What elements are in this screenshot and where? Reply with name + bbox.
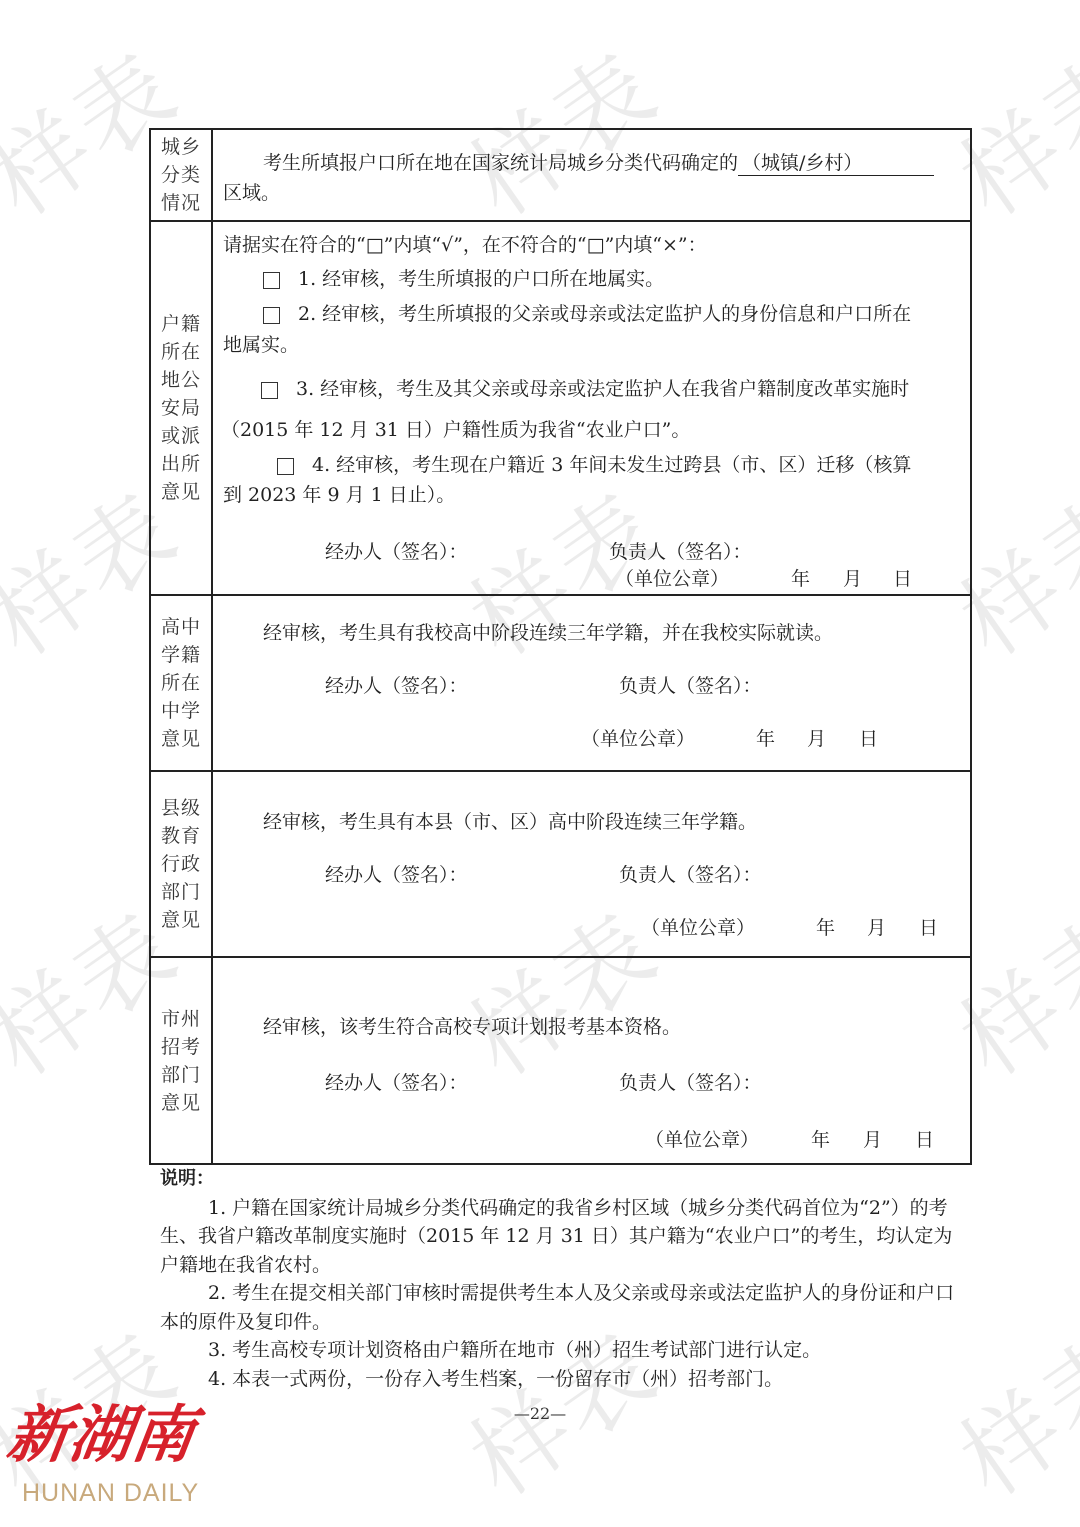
police-date-month[interactable]: 月 (843, 564, 862, 591)
urban-rural-row: 城乡 分类 情况 考生所填报户口所在地在国家统计局城乡分类代码确定的（城镇/乡村… (150, 129, 971, 221)
checkbox-item-4[interactable] (277, 458, 294, 475)
notes-section: 说明： 1. 户籍在国家统计局城乡分类代码确定的我省乡村区域（城乡分类代码首位为… (160, 1165, 970, 1393)
city-exam-date-year[interactable]: 年 (811, 1125, 830, 1152)
urban-rural-content: 考生所填报户口所在地在国家统计局城乡分类代码确定的（城镇/乡村） 区域。 (212, 129, 971, 221)
police-label: 户籍 所在 地公 安局 或派 出所 意见 (150, 221, 212, 595)
checkbox-item-3[interactable] (261, 382, 278, 399)
county-edu-seal: （单位公章） (641, 913, 755, 940)
logo-english: HUNAN DAILY (0, 1475, 230, 1511)
urban-rural-suffix: 区域。 (223, 178, 280, 205)
county-edu-row: 县级 教育 行政 部门 意见 经审核，考生具有本县（市、区）高中阶段连续三年学籍… (150, 771, 971, 957)
urban-rural-label: 城乡 分类 情况 (150, 129, 212, 221)
police-item-1: 1. 经审核，考生所填报的户口所在地属实。 (263, 264, 664, 291)
notes-title: 说明： (160, 1165, 970, 1194)
police-item-2: 2. 经审核，考生所填报的父亲或母亲或法定监护人的身份信息和户口所在 (263, 299, 911, 326)
police-item-4: 4. 经审核，考生现在户籍近 3 年间未发生过跨县（市、区）迁移（核算 (277, 450, 911, 477)
high-school-date-month[interactable]: 月 (807, 724, 826, 751)
note-item-1: 1. 户籍在国家统计局城乡分类代码确定的我省乡村区域（城乡分类代码首位为“2”）… (160, 1194, 970, 1280)
city-exam-row: 市州 招考 部门 意见 经审核，该考生符合高校专项计划报考基本资格。 经办人（签… (150, 957, 971, 1164)
high-school-label: 高中 学籍 所在 中学 意见 (150, 595, 212, 771)
police-instruction: 请据实在符合的“□”内填“√”，在不符合的“□”内填“×”： (223, 230, 707, 257)
police-handler-signature[interactable]: 经办人（签名）： (325, 537, 468, 564)
city-exam-date-month[interactable]: 月 (863, 1125, 882, 1152)
county-edu-date-year[interactable]: 年 (816, 913, 835, 940)
note-item-2: 2. 考生在提交相关部门审核时需提供考生本人及父亲或母亲或法定监护人的身份证和户… (160, 1279, 970, 1336)
county-edu-date-day[interactable]: 日 (919, 913, 938, 940)
police-content: 请据实在符合的“□”内填“√”，在不符合的“□”内填“×”： 1. 经审核，考生… (212, 221, 971, 595)
checkbox-item-2[interactable] (263, 307, 280, 324)
high-school-statement: 经审核，考生具有我校高中阶段连续三年学籍，并在我校实际就读。 (263, 618, 833, 645)
city-exam-label: 市州 招考 部门 意见 (150, 957, 212, 1164)
high-school-date-year[interactable]: 年 (756, 724, 775, 751)
high-school-leader-signature[interactable]: 负责人（签名）： (619, 671, 762, 698)
police-row: 户籍 所在 地公 安局 或派 出所 意见 请据实在符合的“□”内填“√”，在不符… (150, 221, 971, 595)
urban-rural-field[interactable]: （城镇/乡村） (738, 148, 934, 176)
high-school-seal: （单位公章） (581, 724, 695, 751)
city-exam-seal: （单位公章） (645, 1125, 759, 1152)
high-school-date-day[interactable]: 日 (859, 724, 878, 751)
county-edu-label: 县级 教育 行政 部门 意见 (150, 771, 212, 957)
city-exam-content: 经审核，该考生符合高校专项计划报考基本资格。 经办人（签名）： 负责人（签名）：… (212, 957, 971, 1164)
high-school-content: 经审核，考生具有我校高中阶段连续三年学籍，并在我校实际就读。 经办人（签名）： … (212, 595, 971, 771)
checkbox-item-1[interactable] (263, 272, 280, 289)
police-date-year[interactable]: 年 (791, 564, 810, 591)
high-school-handler-signature[interactable]: 经办人（签名）： (325, 671, 468, 698)
police-seal: （单位公章） (615, 564, 729, 591)
logo-chinese: 新湖南 (0, 1395, 236, 1475)
city-exam-statement: 经审核，该考生符合高校专项计划报考基本资格。 (263, 1012, 681, 1039)
note-item-3: 3. 考生高校专项计划资格由户籍所在地市（州）招生考试部门进行认定。 (160, 1336, 970, 1365)
county-edu-leader-signature[interactable]: 负责人（签名）： (619, 860, 762, 887)
hunan-daily-logo: 新湖南 HUNAN DAILY (0, 1395, 230, 1511)
police-date-day[interactable]: 日 (893, 564, 912, 591)
high-school-row: 高中 学籍 所在 中学 意见 经审核，考生具有我校高中阶段连续三年学籍，并在我校… (150, 595, 971, 771)
verification-form-table: 城乡 分类 情况 考生所填报户口所在地在国家统计局城乡分类代码确定的（城镇/乡村… (149, 128, 972, 1165)
police-item-3: 3. 经审核，考生及其父亲或母亲或法定监护人在我省户籍制度改革实施时 (261, 374, 909, 401)
county-edu-handler-signature[interactable]: 经办人（签名）： (325, 860, 468, 887)
city-exam-date-day[interactable]: 日 (915, 1125, 934, 1152)
county-edu-date-month[interactable]: 月 (867, 913, 886, 940)
county-edu-content: 经审核，考生具有本县（市、区）高中阶段连续三年学籍。 经办人（签名）： 负责人（… (212, 771, 971, 957)
note-item-4: 4. 本表一式两份，一份存入考生档案，一份留存市（州）招考部门。 (160, 1365, 970, 1394)
city-exam-leader-signature[interactable]: 负责人（签名）： (619, 1068, 762, 1095)
urban-rural-text: 考生所填报户口所在地在国家统计局城乡分类代码确定的 (263, 152, 738, 174)
city-exam-handler-signature[interactable]: 经办人（签名）： (325, 1068, 468, 1095)
police-leader-signature[interactable]: 负责人（签名）： (609, 537, 752, 564)
county-edu-statement: 经审核，考生具有本县（市、区）高中阶段连续三年学籍。 (263, 807, 757, 834)
